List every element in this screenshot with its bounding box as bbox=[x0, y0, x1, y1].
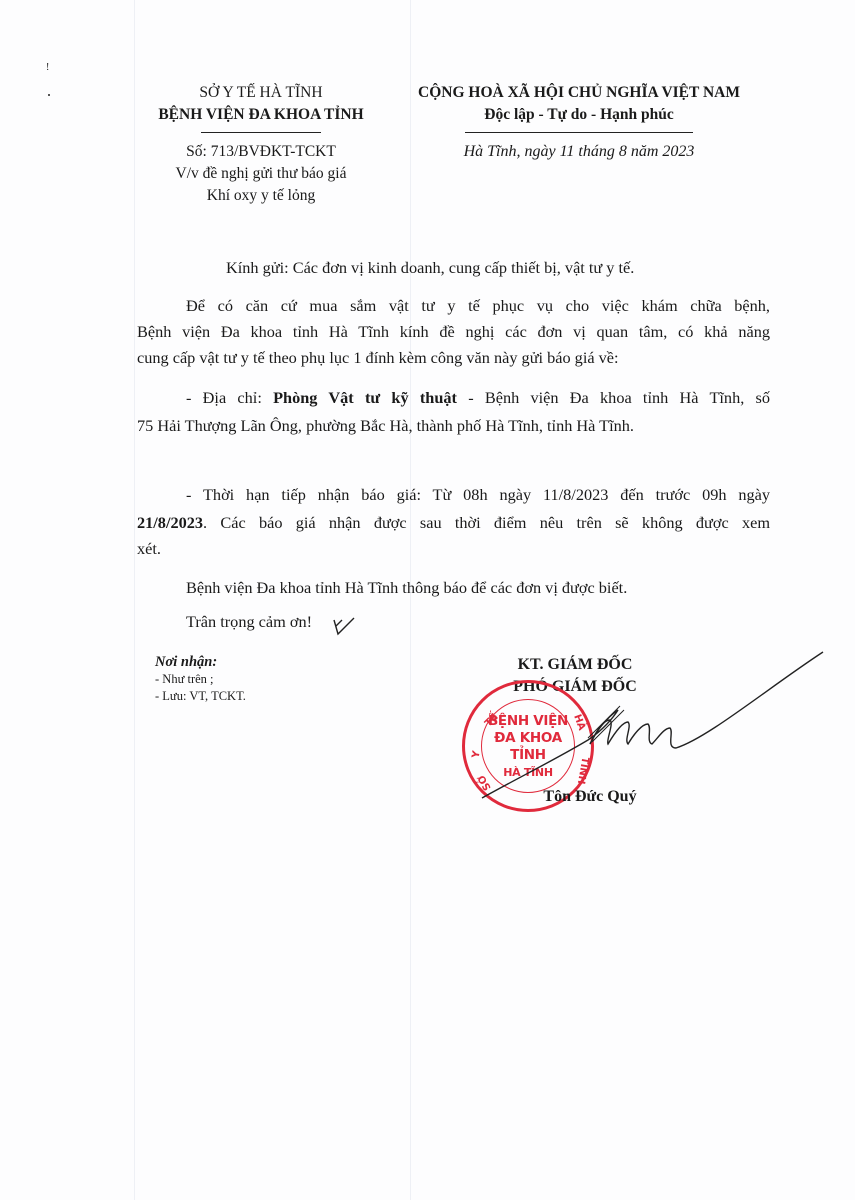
header-left: SỞ Y TẾ HÀ TĨNH BỆNH VIỆN ĐA KHOA TỈNH S… bbox=[130, 82, 392, 207]
paragraph-1-line-1: Để có căn cứ mua sắm vật tư y tế phục vụ… bbox=[186, 293, 770, 320]
initial-checkmark-icon bbox=[330, 612, 358, 638]
paragraph-1-line-2: Bệnh viện Đa khoa tỉnh Hà Tĩnh kính đề n… bbox=[137, 319, 770, 346]
recipients-block: Nơi nhận: - Như trên ; - Lưu: VT, TCKT. bbox=[155, 653, 246, 705]
scan-speck bbox=[48, 94, 50, 96]
document-number: Số: 713/BVĐKT-TCKT bbox=[130, 141, 392, 163]
address-line-2: 75 Hải Thượng Lãn Ông, phường Bắc Hà, th… bbox=[137, 413, 634, 440]
notice-line: Bệnh viện Đa khoa tỉnh Hà Tĩnh thông báo… bbox=[186, 575, 627, 602]
recipients-title: Nơi nhận: bbox=[155, 653, 246, 671]
deadline-rest: . Các báo giá nhận được sau thời điểm nê… bbox=[203, 513, 770, 532]
address-rest: - Bệnh viện Đa khoa tỉnh Hà Tĩnh, số bbox=[457, 388, 770, 407]
header-right: CỘNG HOÀ XÃ HỘI CHỦ NGHĨA VIỆT NAM Độc l… bbox=[388, 82, 770, 163]
subject-line-2: Khí oxy y tế lỏng bbox=[130, 185, 392, 207]
deadline-line-1: - Thời hạn tiếp nhận báo giá: Từ 08h ngà… bbox=[186, 482, 770, 509]
ministry-name: SỞ Y TẾ HÀ TĨNH bbox=[130, 82, 392, 104]
handwritten-signature-icon bbox=[478, 648, 828, 804]
deadline-line-3: xét. bbox=[137, 536, 161, 563]
signer-name: Tôn Đức Quý bbox=[480, 786, 700, 808]
deadline-date: 21/8/2023 bbox=[137, 513, 203, 532]
closing-line: Trân trọng cảm ơn! bbox=[186, 609, 312, 636]
address-prefix: - Địa chỉ: bbox=[186, 388, 273, 407]
paragraph-1-line-3: cung cấp vật tư y tế theo phụ lục 1 đính… bbox=[137, 345, 619, 372]
organization-name: BỆNH VIỆN ĐA KHOA TỈNH bbox=[130, 104, 392, 126]
place-date: Hà Tĩnh, ngày 11 tháng 8 năm 2023 bbox=[388, 141, 770, 163]
national-title: CỘNG HOÀ XÃ HỘI CHỦ NGHĨA VIỆT NAM bbox=[388, 82, 770, 104]
subject-line-1: V/v đề nghị gửi thư báo giá bbox=[130, 163, 392, 185]
scan-speck: ! bbox=[46, 62, 49, 73]
address-line-1: - Địa chỉ: Phòng Vật tư kỹ thuật - Bệnh … bbox=[186, 385, 770, 412]
recipient-item: - Như trên ; bbox=[155, 671, 246, 688]
deadline-line-2: 21/8/2023. Các báo giá nhận được sau thờ… bbox=[137, 510, 770, 537]
recipient-line: Kính gửi: Các đơn vị kinh doanh, cung cấ… bbox=[226, 255, 634, 282]
address-department: Phòng Vật tư kỹ thuật bbox=[273, 388, 457, 407]
recipient-item: - Lưu: VT, TCKT. bbox=[155, 688, 246, 705]
national-motto: Độc lập - Tự do - Hạnh phúc bbox=[388, 104, 770, 126]
